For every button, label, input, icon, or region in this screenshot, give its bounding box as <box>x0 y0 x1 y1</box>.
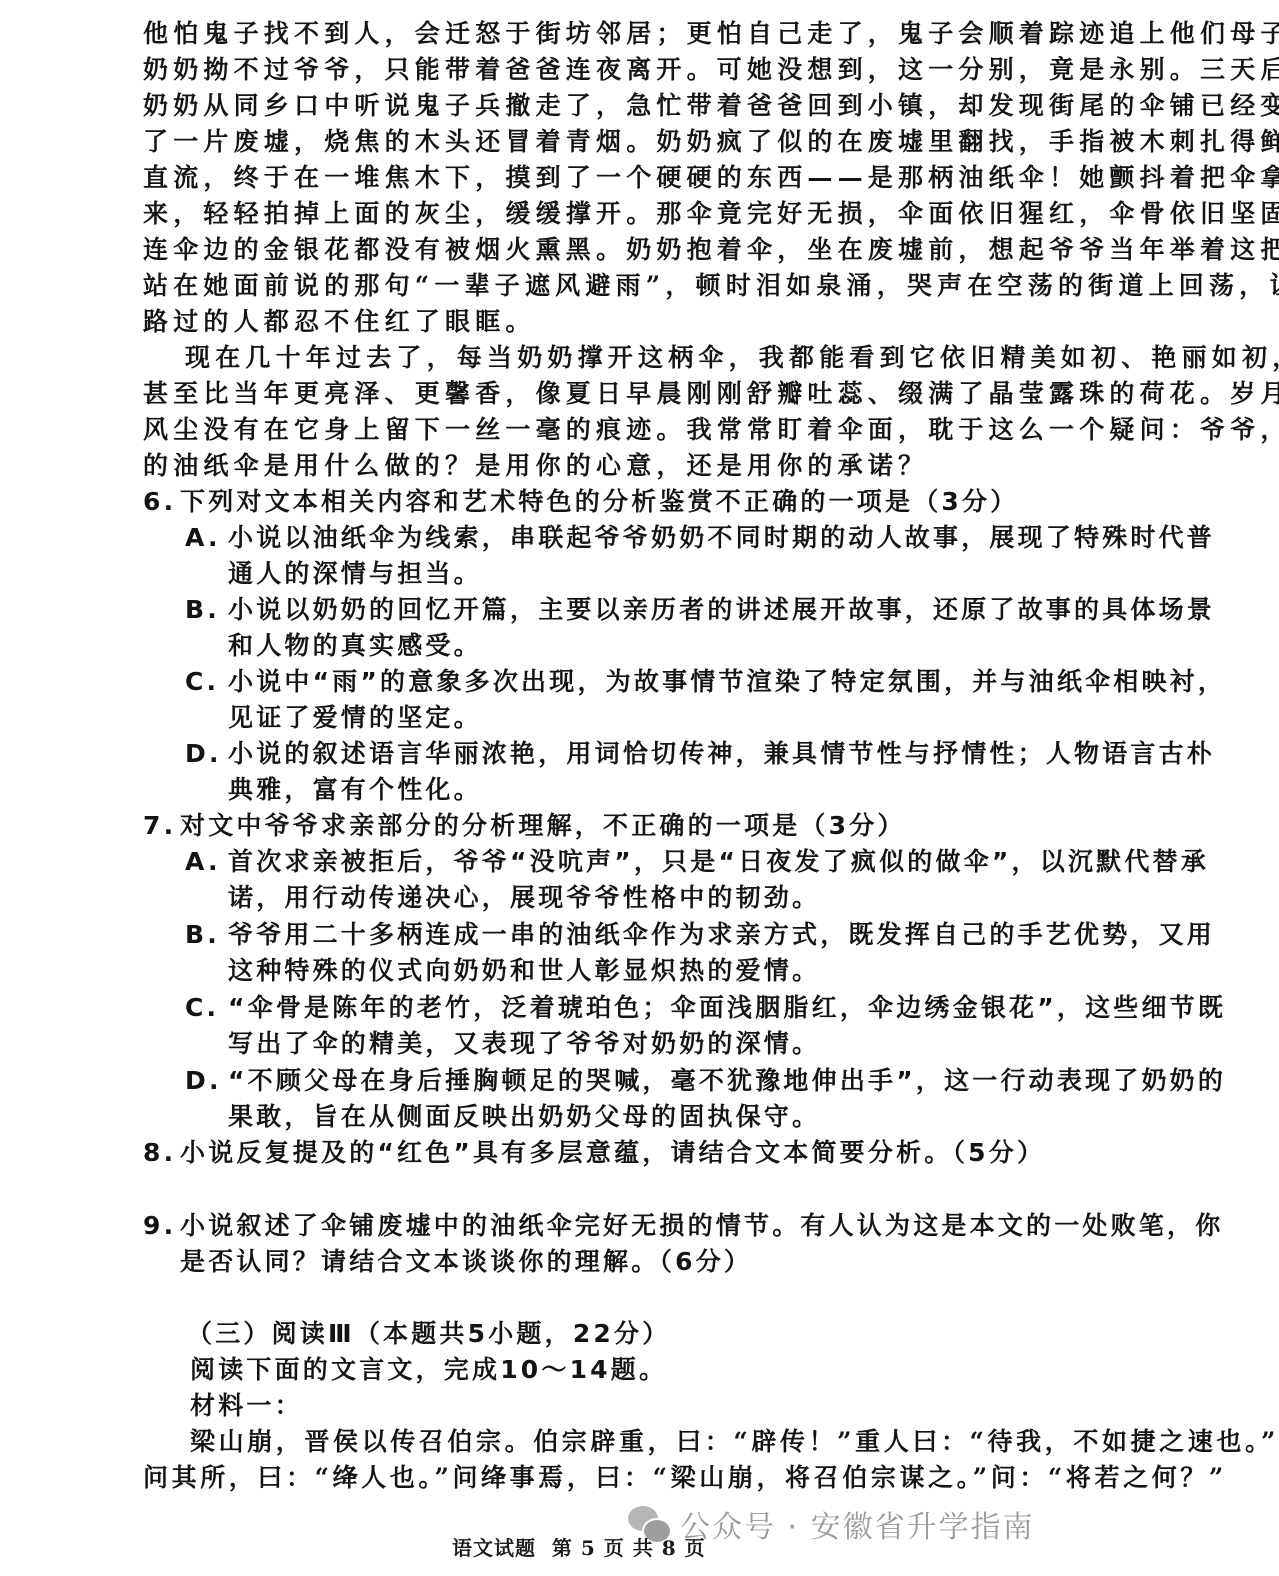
page-footer: 语文试题 第 5 页 共 8 页 <box>452 1532 706 1561</box>
passage-line: 甚至比当年更亮泽、更馨香，像夏日早晨刚刚舒瓣吐蕊、缀满了晶莹露珠的荷花。岁月的 <box>143 376 1279 412</box>
section-heading: （三）阅读Ⅲ（本题共5小题，22分） <box>187 1316 670 1352</box>
passage-line: 站在她面前说的那句“一辈子遮风避雨”，顿时泪如泉涌，哭声在空荡的街道上回荡，让 <box>143 268 1279 304</box>
passage-line: 路过的人都忍不住红了眼眶。 <box>143 304 536 340</box>
option-text: 爷爷用二十多柄连成一串的油纸伞作为求亲方式，既发挥自己的手艺优势，又用 <box>228 917 1215 953</box>
option-letter: D. <box>185 736 222 772</box>
option-text: 首次求亲被拒后，爷爷“没吭声”，只是“日夜发了疯似的做伞”，以沉默代替承 <box>228 844 1209 880</box>
option-text: “不顾父母在身后捶胸顿足的哭喊，毫不犹豫地伸出手”，这一行动表现了奶奶的 <box>228 1063 1226 1099</box>
question-stem: 是否认同？请结合文本谈谈你的理解。（6分） <box>180 1244 752 1280</box>
option-text: 小说中“雨”的意象多次出现，为故事情节渲染了特定氛围，并与油纸伞相映衬， <box>228 664 1226 700</box>
option-text: 小说以奶奶的回忆开篇，主要以亲历者的讲述展开故事，还原了故事的具体场景 <box>228 592 1215 628</box>
option-letter: C. <box>185 990 219 1026</box>
passage-line: 了一片废墟，烧焦的木头还冒着青烟。奶奶疯了似的在废墟里翻找，手指被木刺扎得鲜血 <box>143 124 1279 160</box>
passage-line: 连伞边的金银花都没有被烟火熏黑。奶奶抱着伞，坐在废墟前，想起爷爷当年举着这把伞 <box>143 232 1279 268</box>
option-text: 这种特殊的仪式向奶奶和世人彰显炽热的爱情。 <box>228 953 820 989</box>
material-label: 材料一： <box>190 1388 303 1424</box>
section-instruction: 阅读下面的文言文，完成10～14题。 <box>190 1352 667 1388</box>
option-letter: B. <box>185 592 220 628</box>
watermark-text: 公众号 · 安徽省升学指南 <box>680 1502 1035 1546</box>
option-letter: B. <box>185 917 220 953</box>
question-number: 9. <box>143 1208 176 1244</box>
option-text: 小说的叙述语言华丽浓艳，用词恰切传神，兼具情节性与抒情性；人物语言古朴 <box>228 736 1215 772</box>
question-number: 8. <box>143 1135 176 1171</box>
question-stem: 下列对文本相关内容和艺术特色的分析鉴赏不正确的一项是（3分） <box>180 484 1018 520</box>
option-text: 和人物的真实感受。 <box>228 628 482 664</box>
option-letter: A. <box>185 520 221 556</box>
question-stem: 对文中爷爷求亲部分的分析理解，不正确的一项是（3分） <box>180 808 906 844</box>
option-text: “伞骨是陈年的老竹，泛着琥珀色；伞面浅胭脂红，伞边绣金银花”，这些细节既 <box>228 990 1226 1026</box>
passage-line: 的油纸伞是用什么做的？是用你的心意，还是用你的承诺？ <box>143 448 928 484</box>
question-number: 6. <box>143 484 176 520</box>
passage-line: 现在几十年过去了，每当奶奶撑开这柄伞，我都能看到它依旧精美如初、艳丽如初， <box>185 340 1279 376</box>
passage-line: 奶奶从同乡口中听说鬼子兵撤走了，急忙带着爸爸回到小镇，却发现街尾的伞铺已经变成 <box>143 88 1279 124</box>
classical-text-line: 梁山崩，晋侯以传召伯宗。伯宗辟重，曰：“辟传！”重人曰：“待我，不如捷之速也。” <box>190 1424 1279 1460</box>
option-text: 小说以油纸伞为线索，串联起爷爷奶奶不同时期的动人故事，展现了特殊时代普 <box>228 520 1215 556</box>
passage-line: 他怕鬼子找不到人，会迁怒于街坊邻居；更怕自己走了，鬼子会顺着踪迹追上他们母子。 <box>143 16 1279 52</box>
passage-line: 风尘没有在它身上留下一丝一毫的痕迹。我常常盯着伞面，耽于这么一个疑问：爷爷，你 <box>143 412 1279 448</box>
option-text: 诺，用行动传递决心，展现爷爷性格中的韧劲。 <box>228 880 820 916</box>
option-text: 写出了伞的精美，又表现了爷爷对奶奶的深情。 <box>228 1026 820 1062</box>
option-letter: C. <box>185 664 219 700</box>
passage-line: 直流，终于在一堆焦木下，摸到了一个硬硬的东西——是那柄油纸伞！她颤抖着把伞拿出 <box>143 160 1279 196</box>
question-stem: 小说反复提及的“红色”具有多层意蕴，请结合文本简要分析。（5分） <box>180 1135 1045 1171</box>
exam-page: 他怕鬼子找不到人，会迁怒于街坊邻居；更怕自己走了，鬼子会顺着踪迹追上他们母子。 … <box>0 0 1279 1576</box>
passage-line: 奶奶拗不过爷爷，只能带着爸爸连夜离开。可她没想到，这一分别，竟是永别。三天后， <box>143 52 1279 88</box>
classical-text-line: 问其所，曰：“绛人也。”问绛事焉，曰：“梁山崩，将召伯宗谋之。”问：“将若之何？… <box>143 1460 1227 1496</box>
option-text: 典雅，富有个性化。 <box>228 772 482 808</box>
option-text: 通人的深情与担当。 <box>228 556 482 592</box>
passage-line: 来，轻轻拍掉上面的灰尘，缓缓撑开。那伞竟完好无损，伞面依旧猩红，伞骨依旧坚固， <box>143 196 1279 232</box>
question-number: 7. <box>143 808 176 844</box>
option-text: 见证了爱情的坚定。 <box>228 700 482 736</box>
option-letter: A. <box>185 844 221 880</box>
option-letter: D. <box>185 1063 222 1099</box>
option-text: 果敢，旨在从侧面反映出奶奶父母的固执保守。 <box>228 1099 820 1135</box>
question-stem: 小说叙述了伞铺废墟中的油纸伞完好无损的情节。有人认为这是本文的一处败笔，你 <box>180 1208 1223 1244</box>
